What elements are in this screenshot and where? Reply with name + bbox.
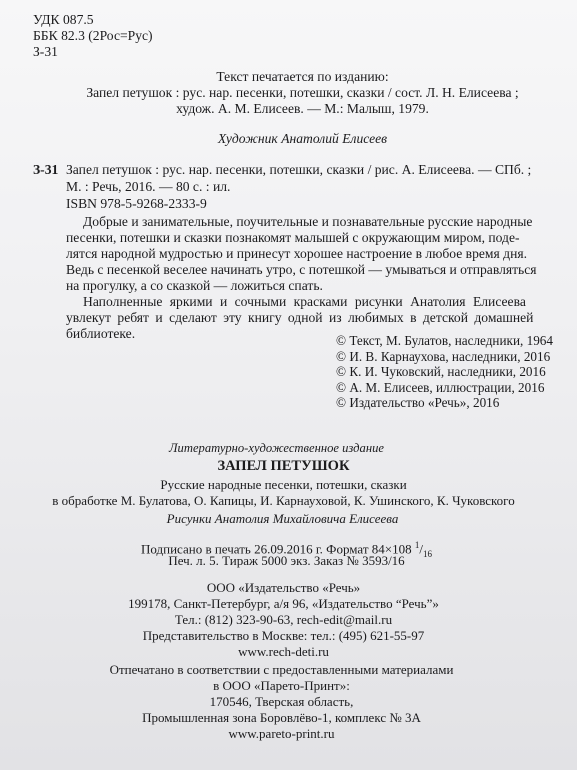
adapters-line: в обработке М. Булатова, О. Капицы, И. К…: [0, 493, 577, 509]
record-sign: З-31: [33, 162, 58, 178]
source-line-2: худож. А. М. Елисеев. — М.: Малыш, 1979.: [28, 101, 577, 117]
publisher-address: 199178, Санкт-Петербург, а/я 96, «Издате…: [0, 596, 577, 612]
edition-type: Литературно-художественное издание: [0, 440, 577, 456]
record-line-2: М. : Речь, 2016. — 80 с. : ил.: [66, 179, 230, 195]
classification-codes: УДК 087.5 ББК 82.3 (2Рос=Рус) З-31: [33, 12, 153, 60]
annotation-p2-l2: увлекут ребят и сделают эту книгу одной …: [66, 310, 533, 326]
book-subtitle: Русские народные песенки, потешки, сказк…: [0, 477, 577, 493]
annotation-p1-l4: Ведь с песенкой веселее начинать утро, с…: [66, 262, 537, 278]
record-line-1: Запел петушок : рус. нар. песенки, потеш…: [66, 162, 531, 178]
illustrator-line: Художник Анатолий Елисеев: [28, 131, 577, 147]
printer-line-3: 170546, Тверская область,: [0, 694, 577, 710]
annotation-p2-l1: Наполненные яркими и сочными красками ри…: [83, 294, 526, 310]
annotation-p1-l3: лятся народной мудростью и принесут хоро…: [66, 246, 527, 262]
printer-website: www.pareto-print.ru: [0, 726, 577, 742]
printer-line-1: Отпечатано в соответствии с предоставлен…: [0, 662, 577, 678]
udk-code: УДК 087.5: [33, 12, 153, 28]
copyright-line: © Текст, М. Булатов, наследники, 1964: [336, 333, 553, 349]
annotation-p1-l5: на прогулку, а со сказкой — ложиться спа…: [66, 278, 323, 294]
source-line-1: Запел петушок : рус. нар. песенки, потеш…: [28, 85, 577, 101]
annotation-p2-l3: библиотеке.: [66, 326, 135, 342]
printer-line-2: в ООО «Парето-Принт»:: [0, 678, 577, 694]
publisher-website: www.rech-deti.ru: [0, 644, 577, 660]
publisher-name: ООО «Издательство «Речь»: [0, 580, 577, 596]
copyright-block: © Текст, М. Булатов, наследники, 1964 © …: [336, 333, 553, 411]
bbk-code: ББК 82.3 (2Рос=Рус): [33, 28, 153, 44]
author-sign: З-31: [33, 44, 153, 60]
book-title: ЗАПЕЛ ПЕТУШОК: [0, 458, 577, 474]
illustrations-credit: Рисунки Анатолия Михайловича Елисеева: [0, 511, 577, 527]
annotation-p1-l2: песенки, потешки и сказки познакомят мал…: [66, 230, 520, 246]
source-heading: Текст печатается по изданию:: [28, 69, 577, 85]
publisher-moscow-office: Представительство в Москве: тел.: (495) …: [0, 628, 577, 644]
copyright-line: © А. М. Елисеев, иллюстрации, 2016: [336, 380, 553, 396]
annotation-p1-l1: Добрые и занимательные, поучительные и п…: [83, 214, 532, 230]
publisher-phone: Тел.: (812) 323-90-63, rech-edit@mail.ru: [0, 612, 577, 628]
copyright-line: © И. В. Карнаухова, наследники, 2016: [336, 349, 553, 365]
book-imprint-page: УДК 087.5 ББК 82.3 (2Рос=Рус) З-31 Текст…: [0, 0, 577, 770]
print-line-2: Печ. л. 5. Тираж 5000 экз. Заказ № 3593/…: [0, 553, 577, 569]
isbn: ISBN 978-5-9268-2333-9: [66, 196, 207, 212]
printer-line-4: Промышленная зона Боровлёво-1, комплекс …: [0, 710, 577, 726]
copyright-line: © К. И. Чуковский, наследники, 2016: [336, 364, 553, 380]
copyright-line: © Издательство «Речь», 2016: [336, 395, 553, 411]
